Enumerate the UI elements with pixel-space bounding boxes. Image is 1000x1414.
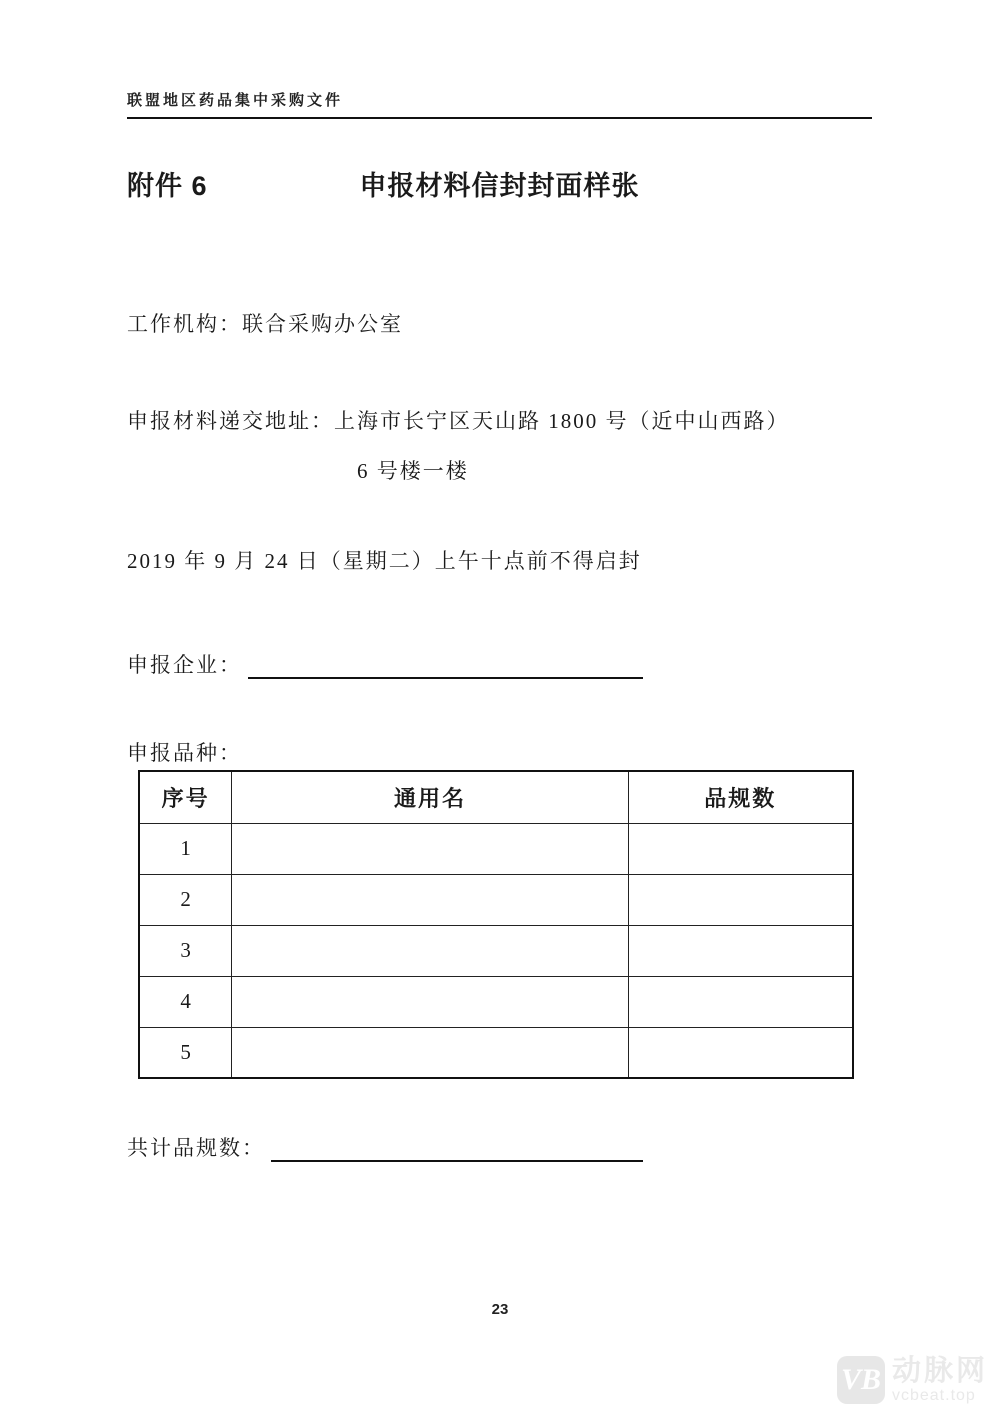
- column-header-spec-count: 品规数: [628, 771, 853, 823]
- cell-spec-count: [628, 976, 853, 1027]
- applicant-enterprise-line: 申报企业：: [127, 649, 643, 679]
- table-row: 2: [139, 874, 853, 925]
- work-organization-line: 工作机构：联合采购办公室: [127, 308, 403, 338]
- cell-generic-name: [232, 976, 628, 1027]
- vcbeat-logo-icon: VB: [837, 1356, 885, 1404]
- cell-generic-name: [232, 925, 628, 976]
- column-header-generic-name: 通用名: [232, 771, 628, 823]
- cell-spec-count: [628, 1027, 853, 1078]
- cell-spec-count: [628, 874, 853, 925]
- total-spec-count-blank-field: [271, 1140, 643, 1162]
- submission-address-line1: 申报材料递交地址：上海市长宁区天山路 1800 号（近中山西路）: [127, 405, 790, 435]
- cell-generic-name: [232, 1027, 628, 1078]
- seal-deadline-line: 2019 年 9 月 24 日（星期二）上午十点前不得启封: [127, 545, 642, 575]
- table-row: 3: [139, 925, 853, 976]
- cell-spec-count: [628, 925, 853, 976]
- watermark-site-url: vcbeat.top: [892, 1388, 988, 1404]
- watermark-text: 动脉网 vcbeat.top: [892, 1357, 988, 1404]
- cell-serial-number: 1: [139, 823, 232, 874]
- header-divider: [127, 117, 872, 119]
- cell-spec-count: [628, 823, 853, 874]
- cell-generic-name: [232, 874, 628, 925]
- applicant-enterprise-label: 申报企业：: [127, 653, 242, 677]
- table-row: 1: [139, 823, 853, 874]
- cell-serial-number: 4: [139, 976, 232, 1027]
- document-page: 联盟地区药品集中采购文件 附件 6 申报材料信封封面样张 工作机构：联合采购办公…: [0, 0, 1000, 1414]
- watermark: VB 动脉网 vcbeat.top: [837, 1356, 988, 1404]
- attachment-number-label: 附件 6: [127, 164, 208, 203]
- column-header-serial-number: 序号: [139, 771, 232, 823]
- document-header-title: 联盟地区药品集中采购文件: [127, 89, 872, 110]
- attachment-heading: 附件 6 申报材料信封封面样张: [127, 164, 872, 203]
- declared-varieties-table: 序号 通用名 品规数 1 2 3 4: [138, 770, 854, 1079]
- declared-varieties-label: 申报品种：: [127, 737, 242, 767]
- page-title: 申报材料信封封面样张: [127, 164, 872, 203]
- table-row: 5: [139, 1027, 853, 1078]
- table-header-row: 序号 通用名 品规数: [139, 771, 853, 823]
- page-number: 23: [0, 1301, 1000, 1318]
- cell-serial-number: 5: [139, 1027, 232, 1078]
- table-row: 4: [139, 976, 853, 1027]
- total-spec-count-label: 共计品规数：: [127, 1136, 265, 1160]
- total-spec-count-line: 共计品规数：: [127, 1132, 643, 1162]
- cell-serial-number: 3: [139, 925, 232, 976]
- submission-address-line2: 6 号楼一楼: [357, 455, 469, 485]
- applicant-enterprise-blank-field: [248, 657, 643, 679]
- cell-generic-name: [232, 823, 628, 874]
- watermark-brand-name: 动脉网: [892, 1357, 988, 1386]
- cell-serial-number: 2: [139, 874, 232, 925]
